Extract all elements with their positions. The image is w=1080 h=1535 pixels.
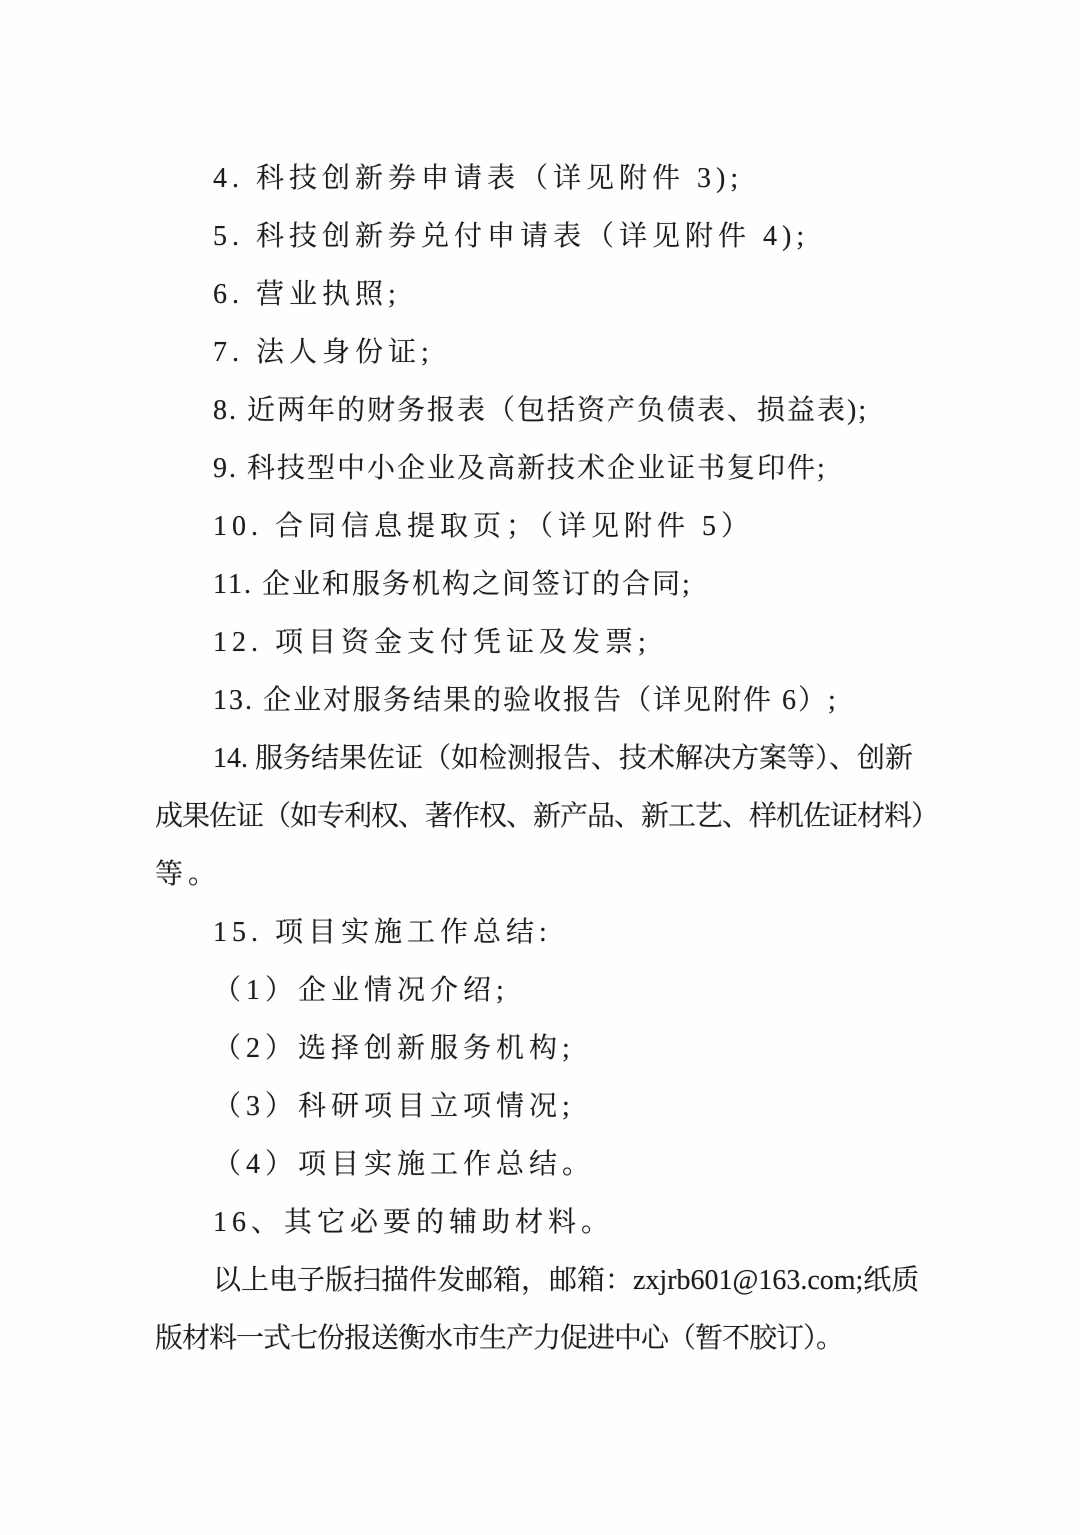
list-item-15-sub-2: （2）选择创新服务机构; (155, 1020, 932, 1078)
list-item-5: 5. 科技创新券兑付申请表（详见附件 4); (155, 208, 932, 266)
list-item-10: 10. 合同信息提取页；（详见附件 5） (155, 498, 932, 556)
list-item-7: 7. 法人身份证; (155, 324, 932, 382)
list-item-16: 16、其它必要的辅助材料。 (155, 1194, 932, 1252)
list-item-13: 13. 企业对服务结果的验收报告（详见附件 6）; (155, 672, 932, 730)
list-item-15-sub-3: （3）科研项目立项情况; (155, 1078, 932, 1136)
list-item-11: 11. 企业和服务机构之间签订的合同; (155, 556, 932, 614)
list-item-15-sub-4: （4）项目实施工作总结。 (155, 1136, 932, 1194)
list-item-15: 15. 项目实施工作总结: (155, 904, 932, 962)
document-page: 4. 科技创新券申请表（详见附件 3); 5. 科技创新券兑付申请表（详见附件 … (0, 0, 1080, 1535)
list-item-6: 6. 营业执照; (155, 266, 932, 324)
list-item-8: 8. 近两年的财务报表（包括资产负债表、损益表); (155, 382, 932, 440)
list-item-14-line-3: 等。 (155, 846, 932, 904)
list-item-14-line-1: 14. 服务结果佐证（如检测报告、技术解决方案等）、创新 (155, 730, 932, 788)
list-item-15-sub-1: （1）企业情况介绍; (155, 962, 932, 1020)
closing-paragraph-line-1: 以上电子版扫描件发邮箱，邮箱：zxjrb601@163.com;纸质 (155, 1252, 932, 1310)
closing-paragraph-line-2: 版材料一式七份报送衡水市生产力促进中心（暂不胶订）。 (155, 1310, 932, 1368)
list-item-9: 9. 科技型中小企业及高新技术企业证书复印件; (155, 440, 932, 498)
list-item-14-line-2: 成果佐证（如专利权、著作权、新产品、新工艺、样机佐证材料） (155, 788, 932, 846)
list-item-4: 4. 科技创新券申请表（详见附件 3); (155, 150, 932, 208)
list-item-12: 12. 项目资金支付凭证及发票; (155, 614, 932, 672)
